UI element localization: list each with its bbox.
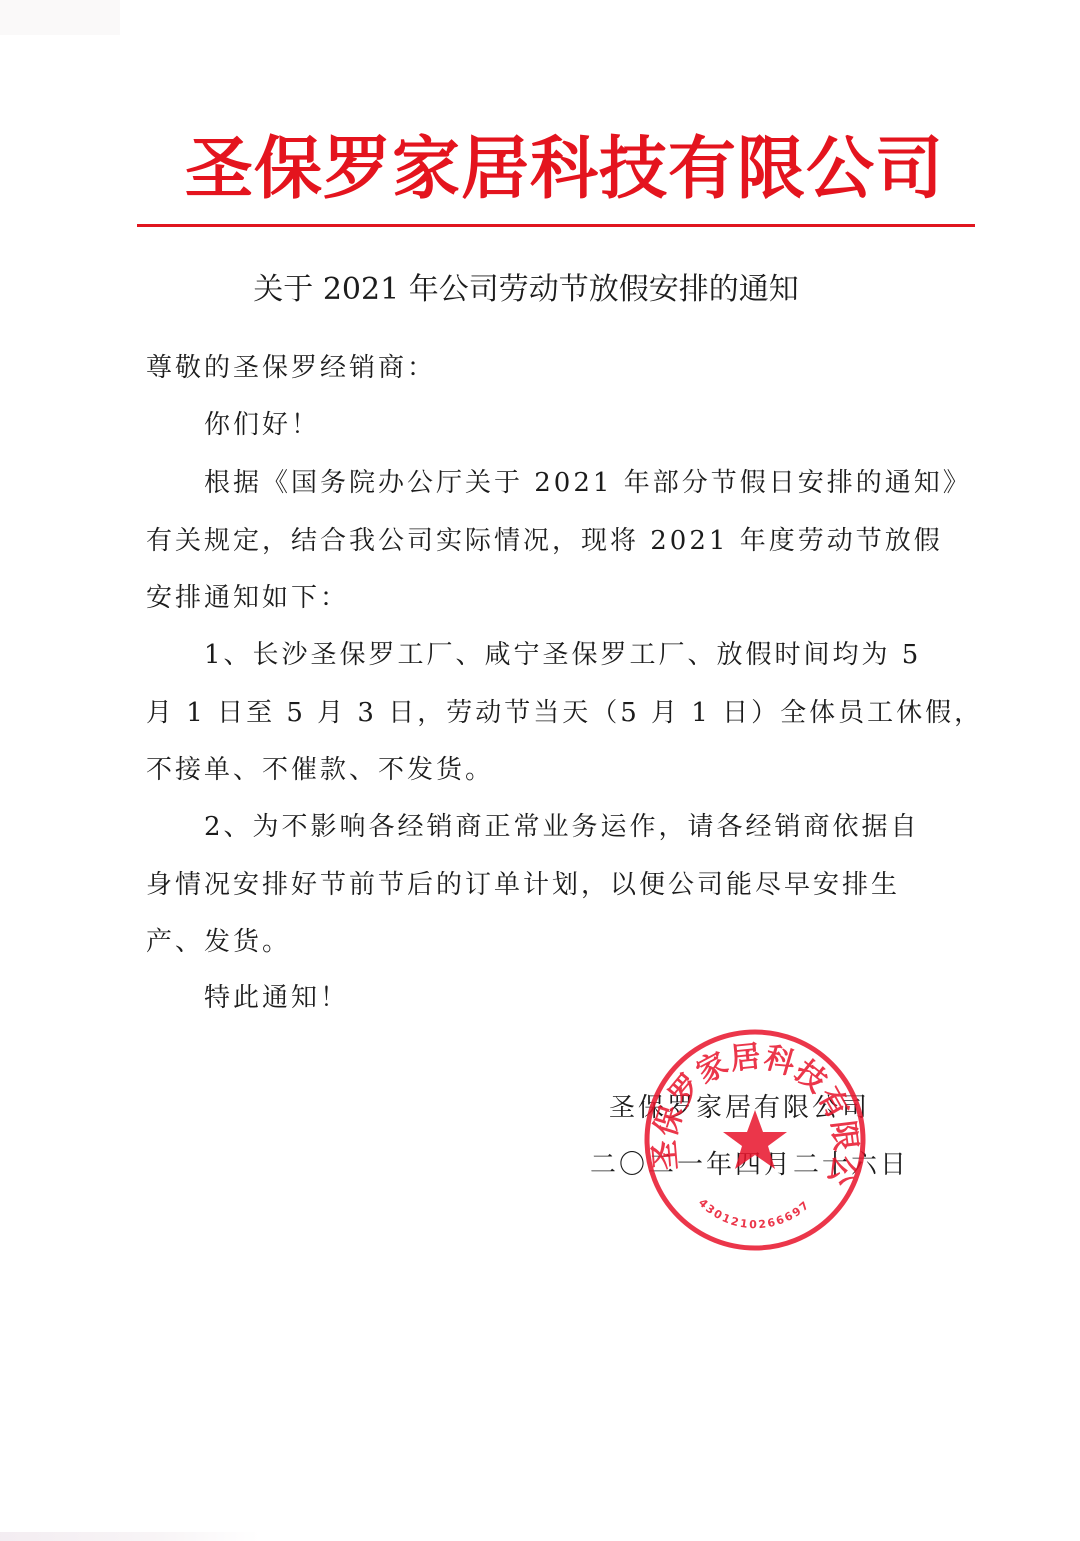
paragraph-line: 根据《国务院办公厅关于 2021 年部分节假日安排的通知》 [146,455,926,513]
paragraph-line: 2、为不影响各经销商正常业务运作，请各经销商依据自 [146,799,926,857]
signature-block: 圣保罗家居有限公司 二〇二一年四月二十六日 [590,1080,920,1194]
paragraph-line: 有关规定，结合我公司实际情况，现将 2021 年度劳动节放假 [146,513,926,571]
signature-date: 二〇二一年四月二十六日 [590,1137,920,1194]
paragraph-item-2: 2、为不影响各经销商正常业务运作，请各经销商依据自 身情况安排好节前节后的订单计… [146,799,926,972]
letterhead-divider [137,224,975,227]
seal-serial: 4301210266697 [696,1196,813,1231]
greeting: 你们好！ [146,397,926,455]
closing: 特此通知！ [146,970,926,1028]
svg-text:4301210266697: 4301210266697 [696,1196,813,1231]
scan-artifact [0,0,120,35]
paragraph-line: 不接单、不催款、不发货。 [146,742,926,800]
paragraph-line: 1、长沙圣保罗工厂、咸宁圣保罗工厂、放假时间均为 5 [146,627,926,685]
document-title: 关于 2021 年公司劳动节放假安排的通知 [0,268,1080,312]
paragraph-line: 身情况安排好节前节后的订单计划，以便公司能尽早安排生 [146,857,926,915]
document-page: 圣保罗家居科技有限公司 关于 2021 年公司劳动节放假安排的通知 尊敬的圣保罗… [0,0,1080,1541]
paragraph-line: 安排通知如下： [146,570,926,628]
paragraph-line: 月 1 日至 5 月 3 日，劳动节当天（5 月 1 日）全体员工休假， [146,685,926,743]
paragraph-item-1: 1、长沙圣保罗工厂、咸宁圣保罗工厂、放假时间均为 5 月 1 日至 5 月 3 … [146,627,926,800]
scan-artifact [0,1532,260,1541]
paragraph-intro: 根据《国务院办公厅关于 2021 年部分节假日安排的通知》 有关规定，结合我公司… [146,455,926,628]
signature-company: 圣保罗家居有限公司 [590,1080,920,1137]
salutation: 尊敬的圣保罗经销商： [146,340,926,398]
paragraph-line: 产、发货。 [146,914,926,972]
letterhead-company-name: 圣保罗家居科技有限公司 [185,128,885,212]
